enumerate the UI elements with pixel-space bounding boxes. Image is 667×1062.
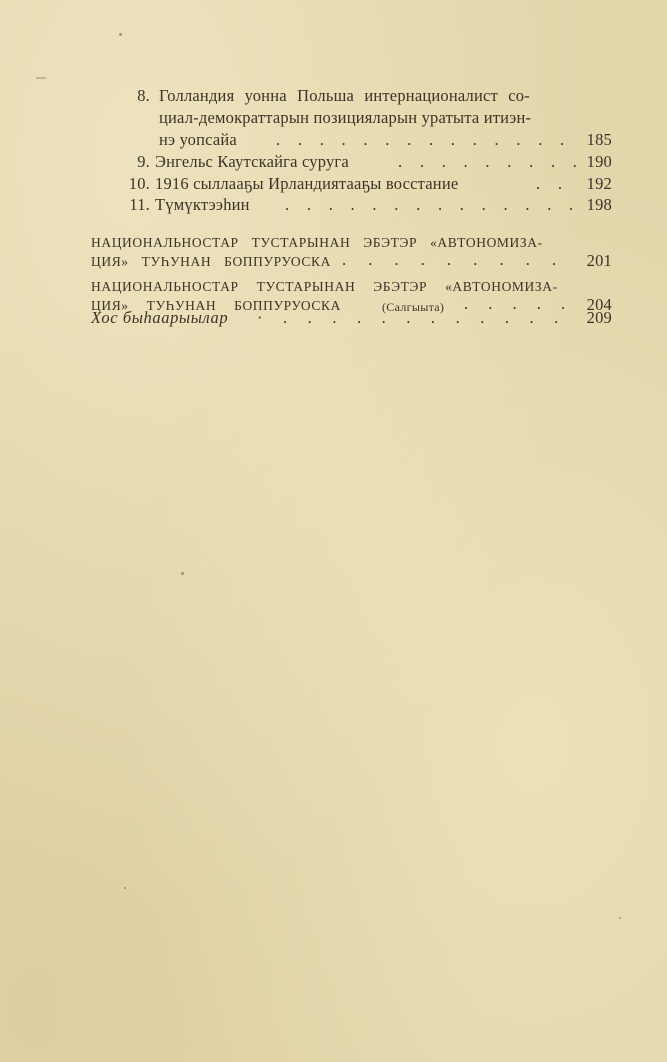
entry-number: 8.	[128, 85, 150, 107]
dot-leader: . . . . . . . . . . . . . .	[285, 194, 577, 216]
page-number: 209	[572, 307, 612, 329]
page-number: 198	[572, 194, 612, 216]
toc-entry-9[interactable]: 9. Энгельс Каутскайга суруга . . . . . .…	[0, 151, 667, 173]
page-number: 185	[572, 129, 612, 151]
paper-speck	[119, 33, 122, 36]
toc-entry-8[interactable]: 8. Голландия уонна Польша интернационали…	[0, 85, 667, 151]
entry-title-line: Энгельс Каутскайга суруга	[155, 151, 349, 173]
dot-leader: . . . . . . . . . . . . . . .	[276, 129, 576, 151]
entry-title-line: циал-демократтарын позицияларын уратыта …	[159, 107, 531, 129]
toc-entry-11[interactable]: 11. Түмүктээһин . . . . . . . . . . . . …	[0, 194, 667, 216]
book-page: 8. Голландия уонна Польша интернационали…	[0, 0, 667, 1062]
entry-number: 10.	[128, 173, 150, 195]
page-number: 201	[572, 250, 612, 272]
page-number: 190	[572, 151, 612, 173]
paper-speck	[619, 917, 621, 919]
entry-title-line: нэ уопсайа	[159, 129, 237, 151]
page-number: 192	[572, 173, 612, 195]
toc-section-autonomization[interactable]: НАЦИОНАЛЬНОСТАР ТУСТАРЫНАН ЭБЭТЭР «АВТОН…	[0, 229, 667, 273]
entry-number: 11.	[128, 194, 150, 216]
toc-entry-10[interactable]: 10. 1916 сыллааҕы Ирландиятааҕы восстани…	[0, 173, 667, 195]
paper-speck	[181, 572, 184, 575]
section-title-line: ЦИЯ» ТУҺУНАН БОППУРУОСКА	[91, 251, 331, 273]
dot-leader: . . . . . . . . .	[398, 151, 578, 173]
dot-leader: · . . . . . . . . . . . . . . . .	[257, 307, 577, 329]
section-title-line: Хос быһаарыылар	[91, 307, 228, 329]
dot-leader: . . . . . . . . .	[342, 249, 574, 271]
entry-title-line: Голландия уонна Польша интернационалист …	[159, 85, 530, 107]
paper-speck	[124, 887, 126, 889]
toc-section-notes[interactable]: Хос быһаарыылар · . . . . . . . . . . . …	[0, 307, 667, 331]
entry-number: 9.	[128, 151, 150, 173]
paper-speck	[36, 77, 46, 79]
entry-title-line: 1916 сыллааҕы Ирландиятааҕы восстание	[155, 173, 458, 195]
entry-title-line: Түмүктээһин	[155, 194, 250, 216]
